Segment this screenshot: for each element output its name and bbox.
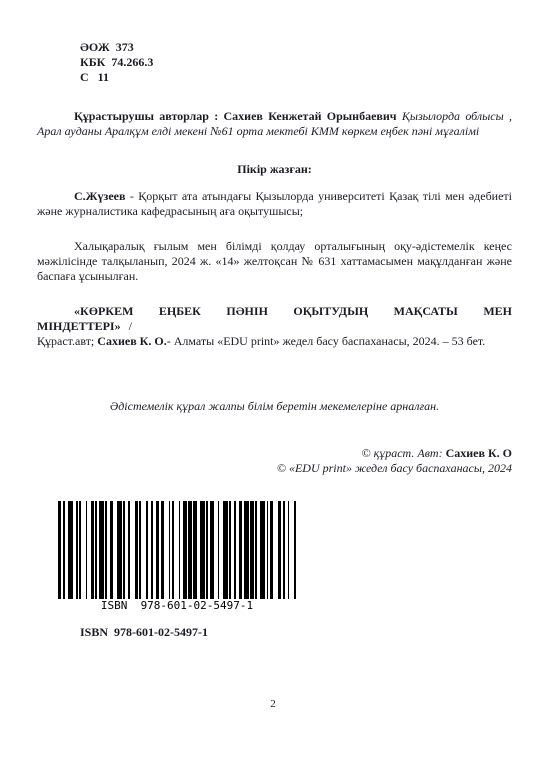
barcode-caption: ISBN 978-601-02-5497-1	[58, 599, 296, 612]
reviewer-heading: Пікір жазған:	[37, 162, 512, 177]
author-sign-line: С 11	[80, 70, 512, 85]
copyright-line-1: © құраст. Авт: Сахиев К. О	[37, 446, 512, 461]
copyright-author: Сахиев К. О	[446, 446, 512, 460]
classification-block: ӘОЖ 373 КБК 74.266.3 С 11	[80, 40, 512, 85]
audience-note: Әдістемелік құрал жалпы білім беретін ме…	[37, 399, 512, 414]
barcode-bars	[58, 501, 296, 599]
page-number: 2	[0, 697, 546, 712]
copyright-block: © құраст. Авт: Сахиев К. О © «EDU print»…	[37, 446, 512, 476]
imprint-author: Сахиев К. О.	[97, 334, 166, 348]
book-title: «КӨРКЕМ ЕҢБЕК ПӘНІН ОҚЫТУДЫҢ МАҚСАТЫ МЕН…	[37, 304, 512, 333]
compilers-paragraph: Құрастырушы авторлар : Сахиев Кенжетай О…	[37, 109, 512, 139]
title-slash: /	[121, 319, 132, 333]
reviewer-paragraph: С.Жүзеев - Қорқыт ата атындағы Қызылорда…	[37, 189, 512, 219]
approval-paragraph: Халықаралық ғылым мен білімді қолдау орт…	[37, 239, 512, 284]
title-imprint-paragraph: «КӨРКЕМ ЕҢБЕК ПӘНІН ОҚЫТУДЫҢ МАҚСАТЫ МЕН…	[37, 304, 512, 349]
imprint-rest: - Алматы «EDU print» жедел басу баспахан…	[167, 334, 486, 348]
lbc-line: КБК 74.266.3	[80, 55, 512, 70]
imprint-prefix: Құраст.авт;	[37, 334, 97, 348]
barcode-bar	[294, 501, 296, 599]
udc-line: ӘОЖ 373	[80, 40, 512, 55]
book-imprint-page: ӘОЖ 373 КБК 74.266.3 С 11 Құрастырушы ав…	[0, 0, 546, 776]
isbn-barcode: ISBN 978-601-02-5497-1	[58, 501, 296, 612]
compilers-names: Құрастырушы авторлар : Сахиев Кенжетай О…	[74, 109, 397, 123]
copyright-prefix: © құраст. Авт:	[362, 446, 446, 460]
copyright-line-2: © «EDU print» жедел басу баспаханасы, 20…	[37, 461, 512, 476]
reviewer-name: С.Жүзеев	[74, 189, 126, 203]
isbn-text-line: ISBN 978-601-02-5497-1	[80, 625, 512, 640]
